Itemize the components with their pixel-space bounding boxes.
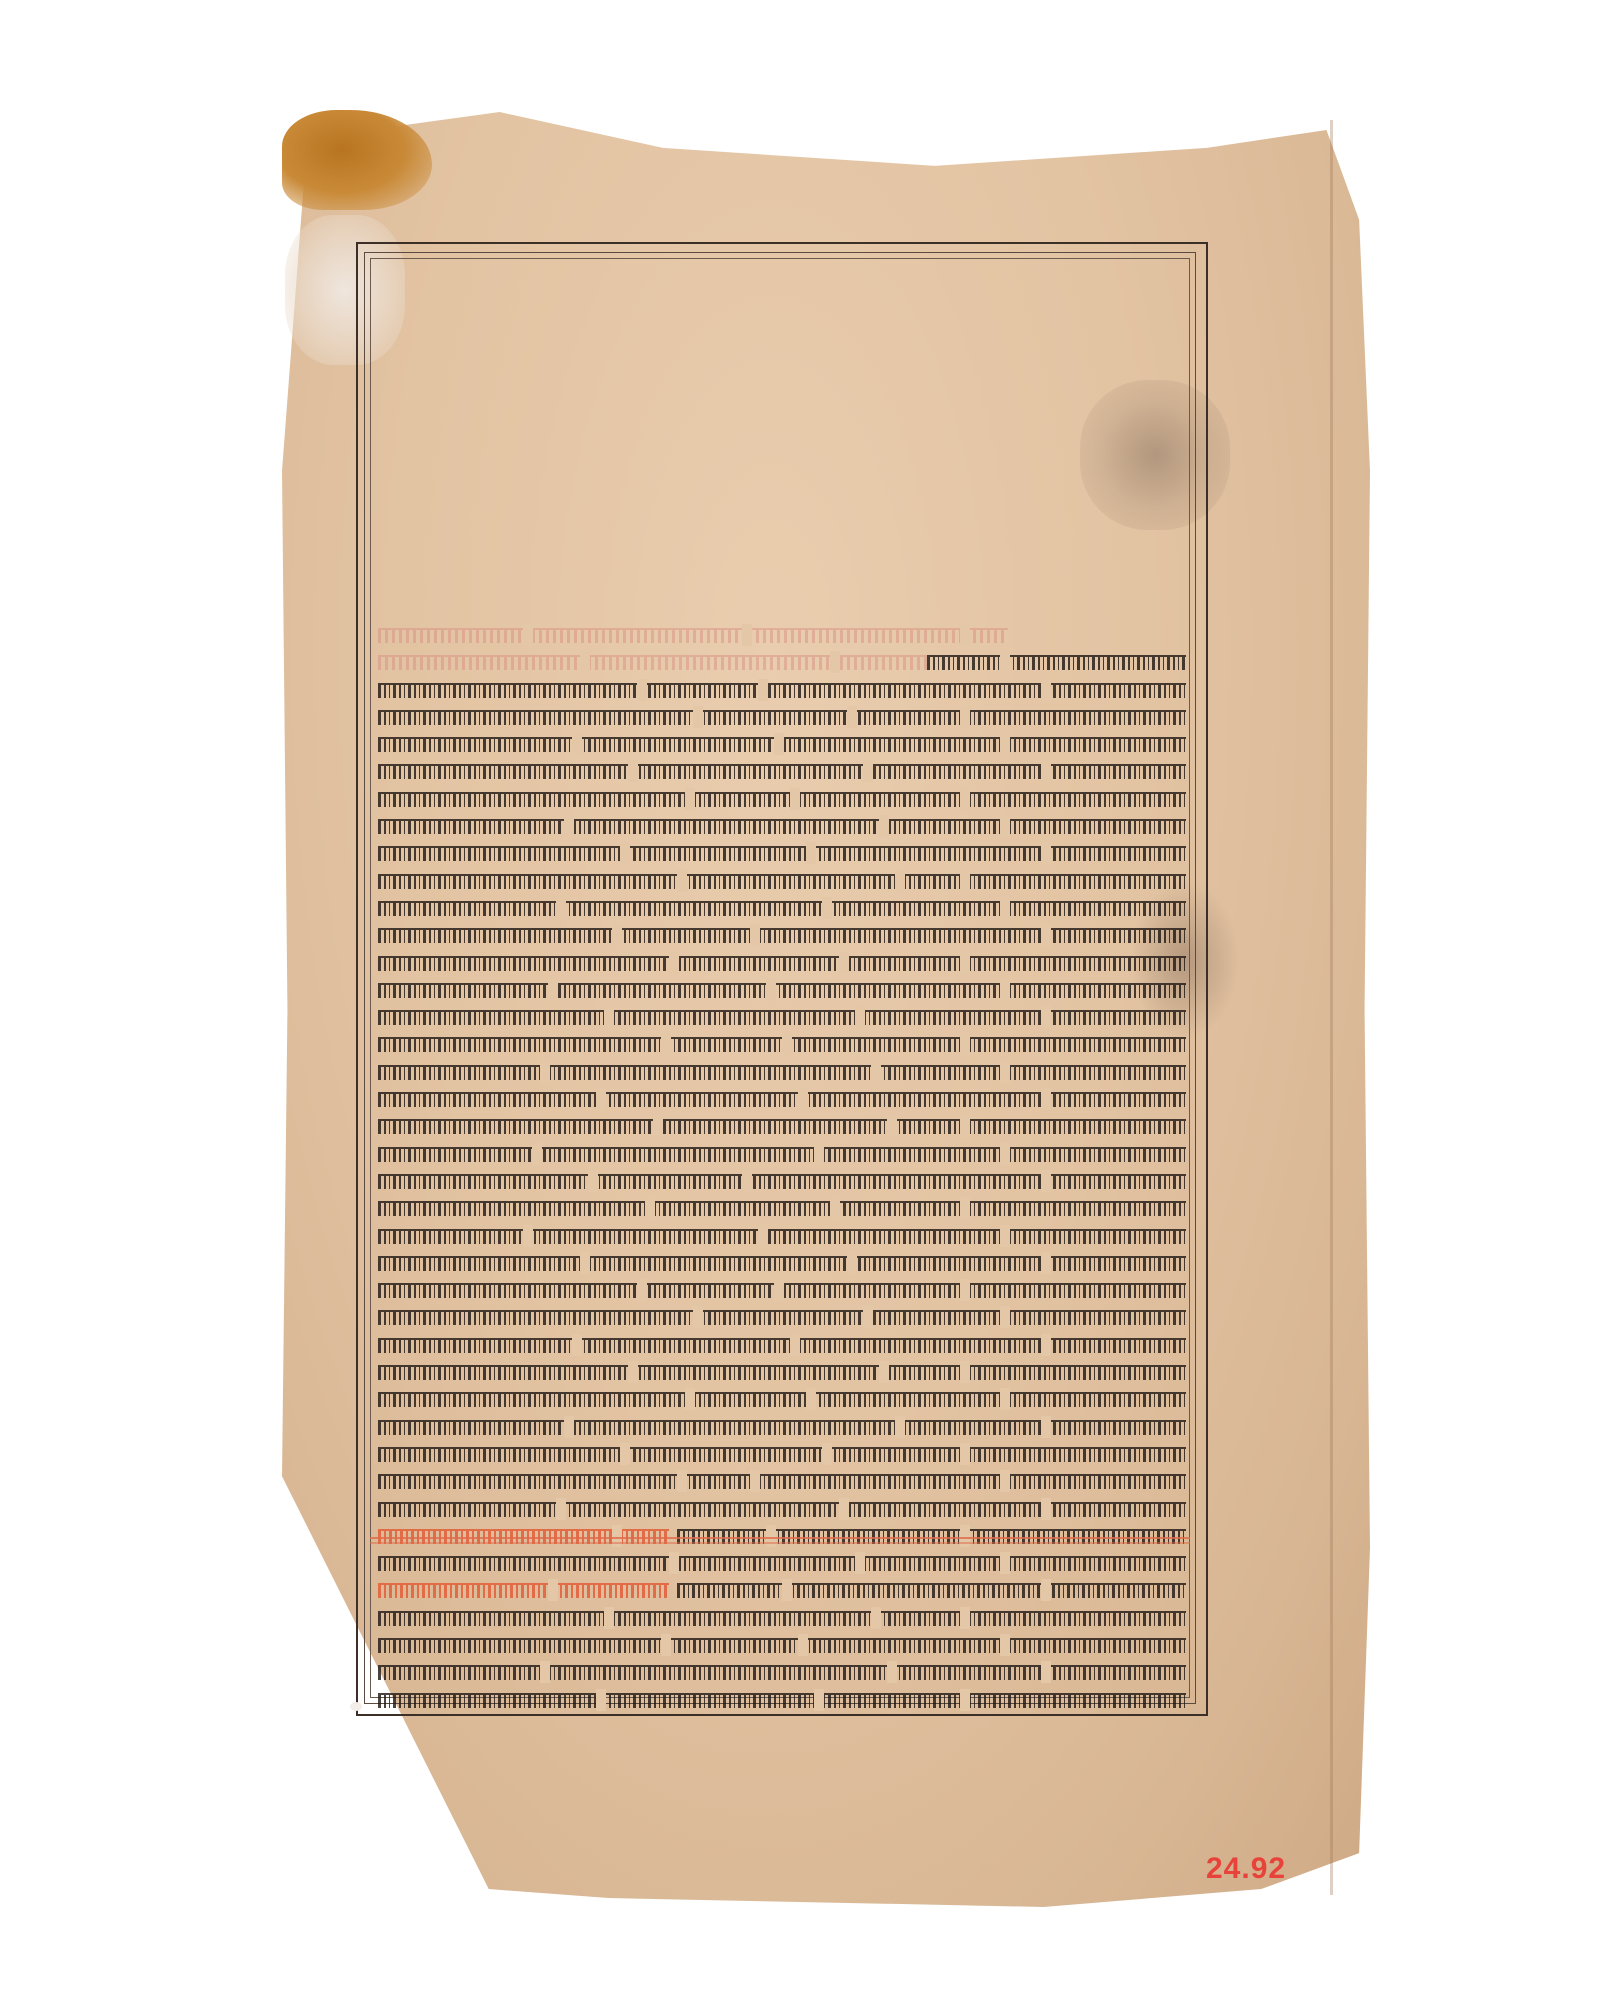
- manuscript-line: [378, 1494, 1186, 1521]
- script-text: [378, 1010, 1186, 1025]
- manuscript-line: [378, 1548, 1186, 1575]
- word-gap: [863, 760, 873, 782]
- script-text: [378, 1310, 1186, 1325]
- script-text: [378, 764, 1186, 779]
- word-gap: [677, 1470, 687, 1492]
- word-gap: [742, 1170, 752, 1192]
- manuscript-line: [378, 1139, 1186, 1166]
- word-gap: [782, 1033, 792, 1055]
- word-gap: [693, 706, 703, 728]
- word-gap: [814, 1143, 824, 1165]
- word-gap: [523, 624, 533, 646]
- word-gap: [750, 924, 760, 946]
- manuscript-line: [378, 1275, 1186, 1302]
- manuscript-line: [378, 1248, 1186, 1275]
- word-gap: [685, 1388, 695, 1410]
- word-gap: [895, 870, 905, 892]
- word-gap: [839, 1498, 849, 1520]
- manuscript-line: [378, 675, 1186, 702]
- manuscript-line: [378, 920, 1186, 947]
- script-text: [378, 792, 1186, 807]
- word-gap: [758, 1225, 768, 1247]
- word-gap: [798, 1088, 808, 1110]
- word-gap: [661, 1634, 671, 1656]
- word-gap: [693, 1306, 703, 1328]
- manuscript-line: [378, 948, 1186, 975]
- word-gap: [895, 1416, 905, 1438]
- script-text: [378, 1420, 1186, 1435]
- word-gap: [564, 815, 574, 837]
- word-gap: [1000, 1552, 1010, 1574]
- manuscript-line: [378, 1029, 1186, 1056]
- word-gap: [540, 1061, 550, 1083]
- script-text: [378, 1693, 1186, 1708]
- rubric-rule-secondary: [370, 1542, 1190, 1544]
- word-gap: [806, 842, 816, 864]
- word-gap: [960, 1115, 970, 1137]
- script-text: [378, 1583, 669, 1598]
- script-text: [378, 956, 1186, 971]
- script-text: [378, 1365, 1186, 1380]
- script-text: [378, 846, 1186, 861]
- script-text: [378, 655, 927, 670]
- word-gap: [604, 1607, 614, 1629]
- word-gap: [1000, 1306, 1010, 1328]
- word-gap: [588, 1170, 598, 1192]
- word-gap: [750, 1470, 760, 1492]
- word-gap: [960, 1033, 970, 1055]
- word-gap: [806, 1388, 816, 1410]
- manuscript-line: [378, 1193, 1186, 1220]
- word-gap: [1041, 1661, 1051, 1683]
- word-gap: [1041, 1006, 1051, 1028]
- script-text: [378, 710, 1186, 725]
- word-gap: [572, 733, 582, 755]
- word-gap: [871, 1061, 881, 1083]
- manuscript-line: [378, 1603, 1186, 1630]
- word-gap: [822, 1443, 832, 1465]
- script-text: [378, 1502, 1186, 1517]
- word-gap: [1000, 733, 1010, 755]
- script-text: [378, 901, 1186, 916]
- word-gap: [774, 1279, 784, 1301]
- word-gap: [1041, 842, 1051, 864]
- word-gap: [1000, 1143, 1010, 1165]
- word-gap: [887, 1115, 897, 1137]
- word-gap: [790, 1334, 800, 1356]
- script-text: [378, 1147, 1186, 1162]
- word-gap: [596, 1088, 606, 1110]
- manuscript-line: [378, 1685, 1186, 1712]
- manuscript-line: [378, 838, 1186, 865]
- word-gap: [556, 1498, 566, 1520]
- word-gap: [879, 815, 889, 837]
- word-gap: [855, 1552, 865, 1574]
- word-gap: [960, 1689, 970, 1711]
- word-gap: [685, 788, 695, 810]
- manuscript-line: [378, 866, 1186, 893]
- script-text: [378, 1638, 1186, 1653]
- manuscript-text-block: [378, 620, 1186, 1712]
- word-gap: [612, 924, 622, 946]
- fold-line: [1330, 120, 1333, 1895]
- script-text: [378, 1665, 1186, 1680]
- word-gap: [960, 952, 970, 974]
- word-gap: [1041, 1170, 1051, 1192]
- manuscript-line: [378, 1221, 1186, 1248]
- script-text: [378, 1256, 1186, 1271]
- word-gap: [669, 1552, 679, 1574]
- word-gap: [580, 1252, 590, 1274]
- word-gap: [1000, 979, 1010, 1001]
- manuscript-line: [378, 1330, 1186, 1357]
- word-gap: [540, 1661, 550, 1683]
- word-gap: [766, 979, 776, 1001]
- script-text: [378, 1065, 1186, 1080]
- manuscript-line: [378, 1084, 1186, 1111]
- word-gap: [677, 870, 687, 892]
- word-gap: [1000, 651, 1010, 673]
- manuscript-line: [378, 702, 1186, 729]
- script-text: [378, 1119, 1186, 1134]
- word-gap: [782, 1579, 792, 1601]
- word-gap: [960, 624, 970, 646]
- word-gap: [960, 1361, 970, 1383]
- word-gap: [548, 979, 558, 1001]
- script-text: [378, 1174, 1186, 1189]
- word-gap: [661, 1033, 671, 1055]
- word-gap: [830, 651, 840, 673]
- manuscript-line: [378, 1384, 1186, 1411]
- word-gap: [1041, 1334, 1051, 1356]
- word-gap: [1000, 1388, 1010, 1410]
- word-gap: [742, 624, 752, 646]
- script-text: [378, 1092, 1186, 1107]
- word-gap: [1000, 815, 1010, 837]
- manuscript-line: [378, 756, 1186, 783]
- manuscript-line: [378, 975, 1186, 1002]
- script-text: [378, 1556, 1186, 1571]
- word-gap: [960, 788, 970, 810]
- word-gap: [1041, 1252, 1051, 1274]
- word-gap: [556, 897, 566, 919]
- manuscript-line: [378, 729, 1186, 756]
- word-gap: [580, 651, 590, 673]
- word-gap: [669, 952, 679, 974]
- manuscript-line: [378, 620, 1186, 647]
- word-gap: [879, 1361, 889, 1383]
- word-gap: [596, 1689, 606, 1711]
- word-gap: [620, 842, 630, 864]
- word-gap: [653, 1115, 663, 1137]
- word-gap: [1000, 1470, 1010, 1492]
- binding-hole: [350, 1702, 362, 1711]
- word-gap: [523, 1225, 533, 1247]
- word-gap: [1041, 924, 1051, 946]
- word-gap: [1000, 1061, 1010, 1083]
- word-gap: [572, 1334, 582, 1356]
- manuscript-line: [378, 1466, 1186, 1493]
- script-text: [378, 1338, 1186, 1353]
- word-gap: [798, 1634, 808, 1656]
- word-gap: [814, 1689, 824, 1711]
- word-gap: [960, 1443, 970, 1465]
- manuscript-line: [378, 811, 1186, 838]
- word-gap: [1041, 1416, 1051, 1438]
- word-gap: [637, 1279, 647, 1301]
- script-text: [378, 1201, 1186, 1216]
- manuscript-line: [378, 1439, 1186, 1466]
- manuscript-line: [378, 1002, 1186, 1029]
- manuscript-line: [378, 1057, 1186, 1084]
- script-text: [378, 819, 1186, 834]
- word-gap: [863, 1306, 873, 1328]
- word-gap: [960, 1197, 970, 1219]
- word-gap: [1000, 1634, 1010, 1656]
- word-gap: [1041, 1088, 1051, 1110]
- word-gap: [628, 760, 638, 782]
- script-text: [378, 1447, 1186, 1462]
- manuscript-line: [378, 1575, 1186, 1602]
- rubric-rule: [370, 1537, 1190, 1539]
- script-text: [927, 655, 1186, 670]
- manuscript-line: [378, 1630, 1186, 1657]
- word-gap: [847, 706, 857, 728]
- word-gap: [960, 1607, 970, 1629]
- word-gap: [830, 1197, 840, 1219]
- script-text: [378, 683, 1186, 698]
- catalog-number: 24.92: [1206, 1852, 1286, 1886]
- manuscript-line: [378, 647, 1186, 674]
- manuscript-line: [378, 893, 1186, 920]
- manuscript-line: [378, 1166, 1186, 1193]
- word-gap: [960, 1279, 970, 1301]
- word-gap: [839, 952, 849, 974]
- script-text: [378, 928, 1186, 943]
- word-gap: [1041, 1498, 1051, 1520]
- word-gap: [1041, 760, 1051, 782]
- word-gap: [1000, 897, 1010, 919]
- word-gap: [758, 679, 768, 701]
- word-gap: [564, 1416, 574, 1438]
- word-gap: [548, 1579, 558, 1601]
- manuscript-line: [378, 1111, 1186, 1138]
- word-gap: [645, 1197, 655, 1219]
- word-gap: [855, 1006, 865, 1028]
- word-gap: [1041, 679, 1051, 701]
- word-gap: [628, 1361, 638, 1383]
- word-gap: [871, 1607, 881, 1629]
- manuscript-line: [378, 1302, 1186, 1329]
- manuscript-line: [378, 1657, 1186, 1684]
- word-gap: [960, 870, 970, 892]
- script-text: [378, 1392, 1186, 1407]
- manuscript-line: [378, 784, 1186, 811]
- word-gap: [774, 733, 784, 755]
- word-gap: [790, 788, 800, 810]
- word-gap: [1000, 1225, 1010, 1247]
- script-text: [378, 983, 1186, 998]
- manuscript-line: [378, 1357, 1186, 1384]
- script-text: [378, 874, 1186, 889]
- script-text: [378, 1474, 1186, 1489]
- script-text: [378, 1611, 1186, 1626]
- script-text: [378, 628, 1008, 643]
- word-gap: [532, 1143, 542, 1165]
- manuscript-line: [378, 1412, 1186, 1439]
- word-gap: [1041, 1579, 1051, 1601]
- word-gap: [822, 897, 832, 919]
- word-gap: [620, 1443, 630, 1465]
- word-gap: [637, 679, 647, 701]
- word-gap: [847, 1252, 857, 1274]
- script-text: [378, 1229, 1186, 1244]
- word-gap: [960, 706, 970, 728]
- word-gap: [887, 1661, 897, 1683]
- word-gap: [604, 1006, 614, 1028]
- script-text: [677, 1583, 1186, 1598]
